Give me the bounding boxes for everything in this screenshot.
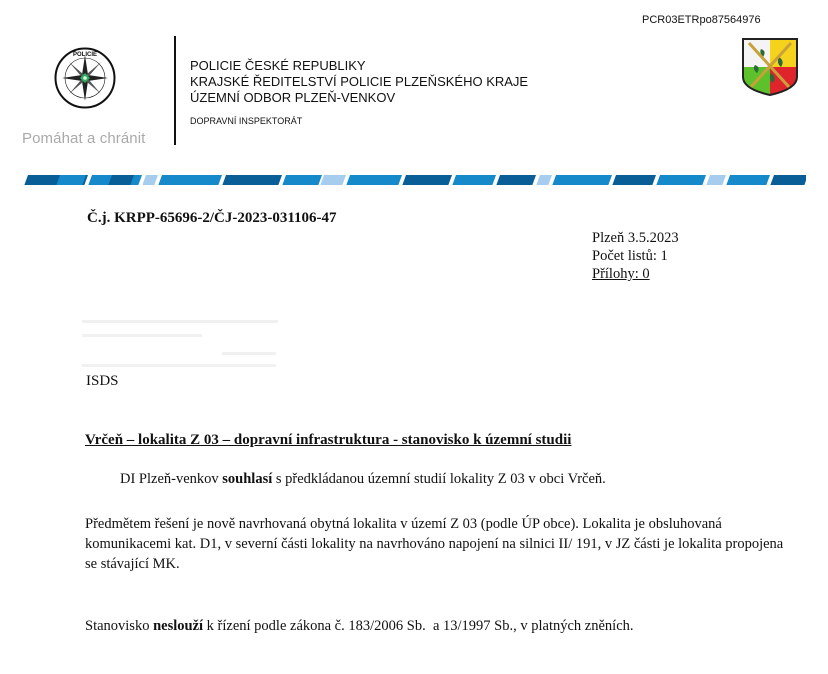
svg-text:POLICIE: POLICIE <box>73 52 97 58</box>
delivery-method: ISDS <box>86 373 119 390</box>
paragraph-description: Předmětem řešení je nově navrhovaná obyt… <box>85 514 785 574</box>
police-emblem-icon: POLICIE <box>54 47 116 109</box>
letter-meta: Plzeň 3.5.2023 Počet listů: 1 Přílohy: 0 <box>592 229 679 283</box>
org-line: KRAJSKÉ ŘEDITELSTVÍ POLICIE PLZEŇSKÉHO K… <box>190 74 528 90</box>
motto: Pomáhat a chránit <box>22 130 145 147</box>
attachments: Přílohy: 0 <box>592 265 679 283</box>
consent-word: souhlasí <box>222 471 272 487</box>
coat-of-arms-icon <box>741 37 799 97</box>
paragraph-disclaimer: Stanovisko neslouží k řízení podle zákon… <box>85 618 634 635</box>
reference-number: Č.j. KRPP-65696-2/ČJ-2023-031106-47 <box>87 210 337 227</box>
header-stripe <box>20 175 806 185</box>
place-date: Plzeň 3.5.2023 <box>592 229 679 247</box>
org-line: ÚZEMNÍ ODBOR PLZEŇ-VENKOV <box>190 90 528 106</box>
document-id: PCR03ETRpo87564976 <box>642 14 761 26</box>
org-line: POLICIE ČESKÉ REPUBLIKY <box>190 58 528 74</box>
paragraph-consent: DI Plzeň-venkov souhlasí s předkládanou … <box>120 471 606 488</box>
redacted-address <box>82 318 282 378</box>
header-divider <box>174 36 176 145</box>
department: DOPRAVNÍ INSPEKTORÁT <box>190 113 528 129</box>
organization-block: POLICIE ČESKÉ REPUBLIKY KRAJSKÉ ŘEDITELS… <box>190 58 528 129</box>
not-for-word: neslouží <box>153 618 203 634</box>
subject: Vrčeň – lokalita Z 03 – dopravní infrast… <box>85 432 571 449</box>
page-count: Počet listů: 1 <box>592 247 679 265</box>
